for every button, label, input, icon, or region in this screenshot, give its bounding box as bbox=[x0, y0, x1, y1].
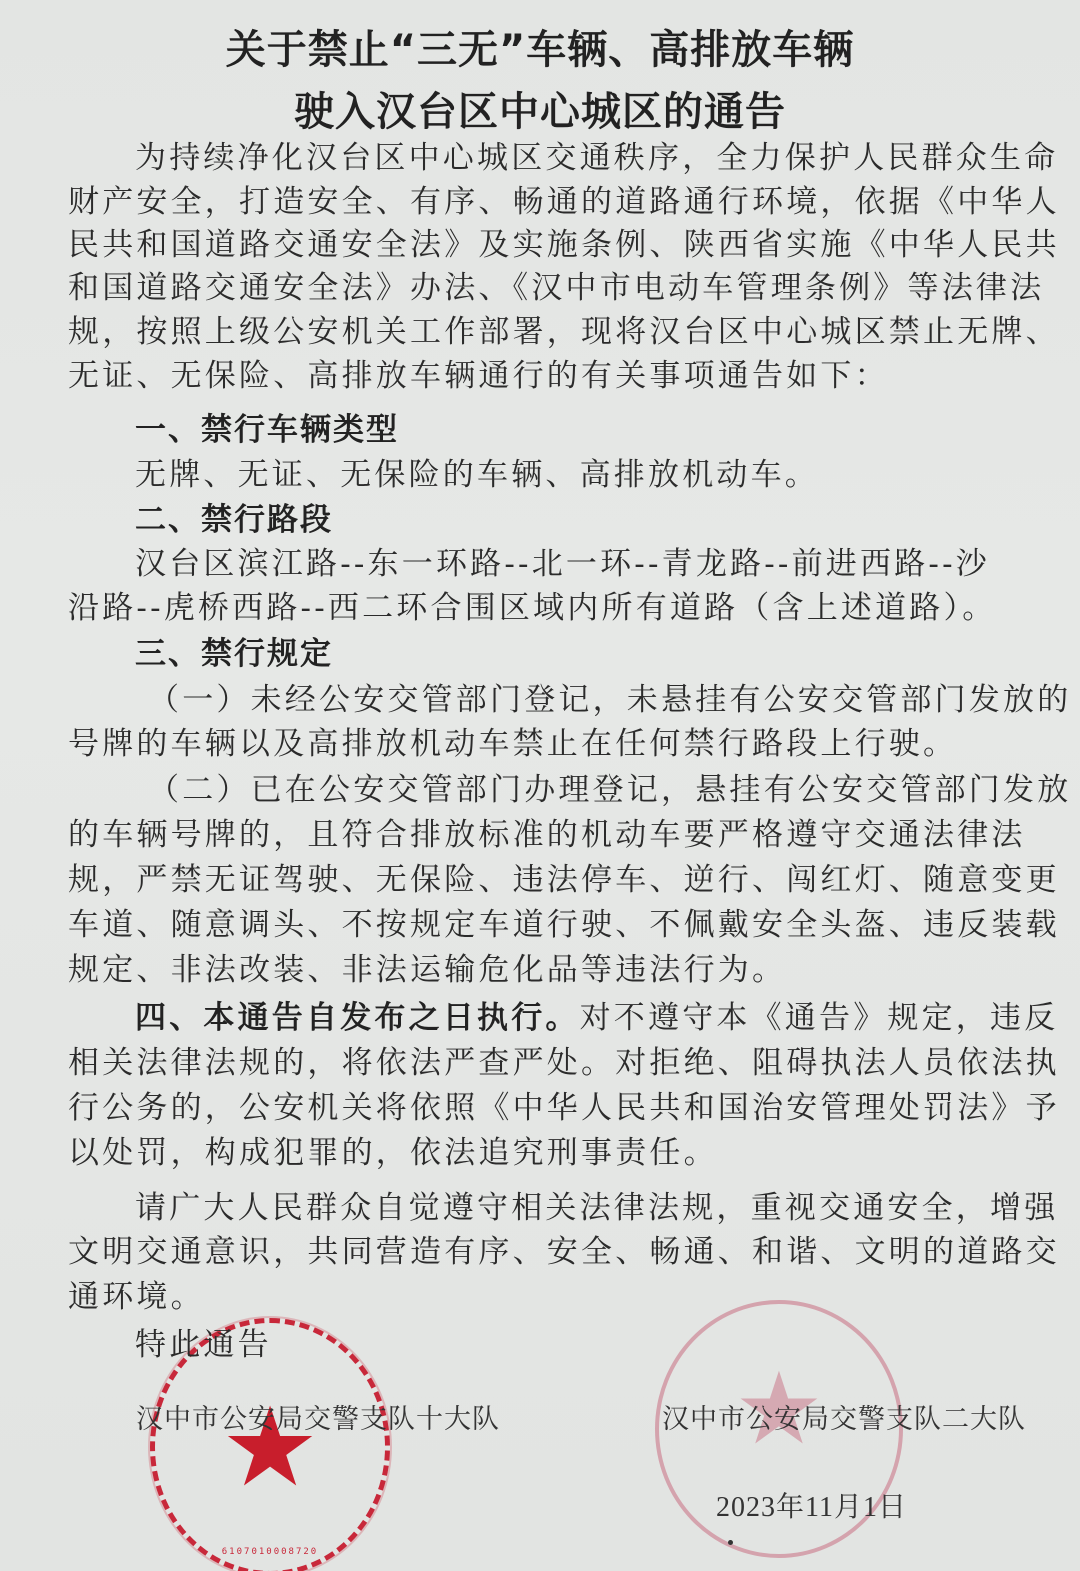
signatory-right: 汉中市公安局交警支队二大队 bbox=[662, 1404, 1026, 1436]
intro-line: 规，按照上级公安机关工作部署，现将汉台区中心城区禁止无牌、 bbox=[68, 312, 1028, 352]
section-3-line: （二）已在公安交管部门办理登记，悬挂有公安交管部门发放 bbox=[148, 770, 1080, 810]
closing-line: 请广大人民群众自觉遵守相关法律法规，重视交通安全，增强 bbox=[135, 1188, 1080, 1228]
document-title-line-1: 关于禁止“三无”车辆、高排放车辆 bbox=[0, 18, 1080, 75]
dot-mark bbox=[728, 1540, 733, 1545]
section-3-line: 车道、随意调头、不按规定车道行驶、不佩戴安全头盔、违反装载 bbox=[68, 905, 1028, 945]
document-title-line-2: 驶入汉台区中心城区的通告 bbox=[0, 80, 1080, 137]
section-3-line: （一）未经公安交管部门登记，未悬挂有公安交管部门发放的 bbox=[148, 680, 1080, 720]
section-heading-3: 三、禁行规定 bbox=[135, 634, 333, 674]
intro-line: 财产安全，打造安全、有序、畅通的道路通行环境，依据《中华人 bbox=[68, 182, 1028, 222]
section-3-line: 规定、非法改装、非法运输危化品等违法行为。 bbox=[68, 950, 1028, 990]
intro-line: 无证、无保险、高排放车辆通行的有关事项通告如下： bbox=[68, 356, 1028, 396]
section-3-line: 号牌的车辆以及高排放机动车禁止在任何禁行路段上行驶。 bbox=[68, 724, 1028, 764]
intro-line: 和国道路交通安全法》办法、《汉中市电动车管理条例》等法律法 bbox=[68, 268, 1028, 308]
closing-line: 文明交通意识，共同营造有序、安全、畅通、和谐、文明的道路交 bbox=[68, 1232, 1028, 1272]
section-4-first-line: 四、本通告自发布之日执行。对不遵守本《通告》规定，违反 bbox=[135, 998, 1080, 1038]
section-4-heading-tail: 对不遵守本《通告》规定，违反 bbox=[580, 1000, 1059, 1036]
section-3-line: 规，严禁无证驾驶、无保险、违法停车、逆行、闯红灯、随意变更 bbox=[68, 860, 1028, 900]
section-1-line: 无牌、无证、无保险的车辆、高排放机动车。 bbox=[135, 455, 1080, 495]
section-heading-1: 一、禁行车辆类型 bbox=[135, 410, 399, 450]
notice-document: 关于禁止“三无”车辆、高排放车辆 驶入汉台区中心城区的通告 为持续净化汉台区中心… bbox=[0, 0, 1080, 1571]
intro-line: 为持续净化汉台区中心城区交通秩序，全力保护人民群众生命 bbox=[135, 138, 1080, 178]
section-4-line: 相关法律法规的，将依法严查严处。对拒绝、阻碍执法人员依法执 bbox=[68, 1043, 1028, 1083]
closing-line: 通环境。 bbox=[68, 1277, 1028, 1317]
section-2-line: 汉台区滨江路--东一环路--北一环--青龙路--前进西路--沙 bbox=[135, 544, 1080, 584]
signatory-left: 汉中市公安局交警支队十大队 bbox=[136, 1404, 500, 1436]
intro-line: 民共和国道路交通安全法》及实施条例、陕西省实施《中华人民共 bbox=[68, 225, 1028, 265]
section-4-line: 行公务的，公安机关将依照《中华人民共和国治安管理处罚法》予 bbox=[68, 1088, 1028, 1128]
section-heading-2: 二、禁行路段 bbox=[135, 500, 333, 540]
sign-off: 特此通告 bbox=[135, 1325, 1080, 1365]
seal-code: 6107010008720 bbox=[155, 1547, 385, 1557]
section-3-line: 的车辆号牌的，且符合排放标准的机动车要严格遵守交通法律法 bbox=[68, 815, 1028, 855]
section-4-line: 以处罚，构成犯罪的，依法追究刑事责任。 bbox=[68, 1133, 1028, 1173]
section-heading-4: 四、本通告自发布之日执行。 bbox=[135, 1000, 580, 1036]
issue-date: 2023年11月1日 bbox=[716, 1485, 907, 1525]
section-2-line: 沿路--虎桥西路--西二环合围区域内所有道路（含上述道路）。 bbox=[68, 588, 1028, 628]
